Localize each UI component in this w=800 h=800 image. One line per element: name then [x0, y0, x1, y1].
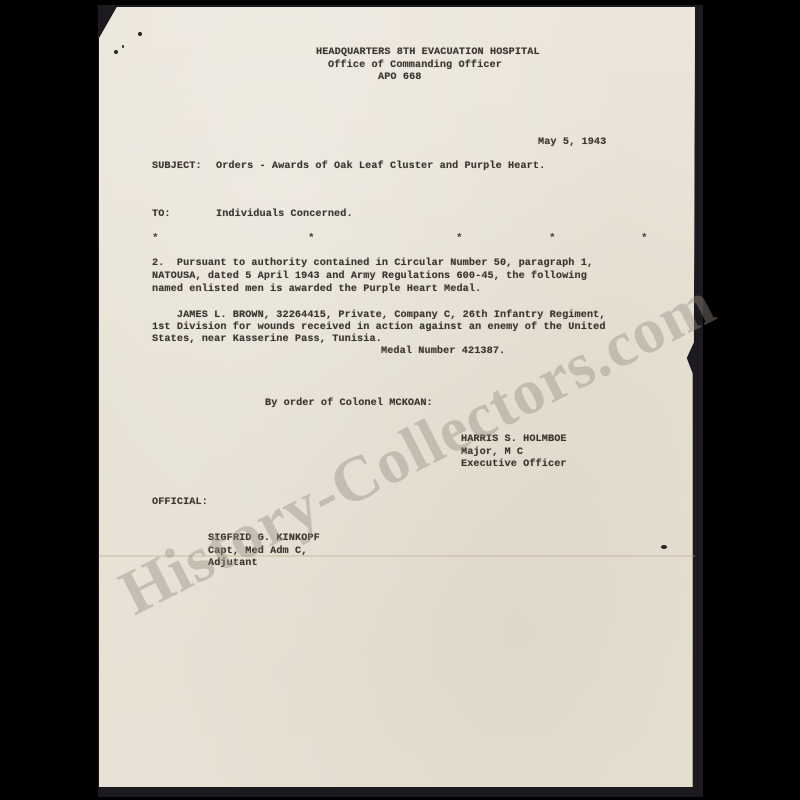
header-line-2: Office of Commanding Officer [328, 60, 502, 72]
star-separator: * [456, 233, 463, 245]
ink-spot [138, 32, 142, 36]
subject-text: Orders - Awards of Oak Leaf Cluster and … [216, 161, 545, 173]
citation-line: JAMES L. BROWN, 32264415, Private, Compa… [152, 310, 606, 322]
signatory-title: Executive Officer [461, 459, 567, 471]
citation-line: 1st Division for wounds received in acti… [152, 322, 606, 334]
document-paper [99, 7, 695, 787]
to-text: Individuals Concerned. [216, 209, 353, 221]
citation-line: States, near Kasserine Pass, Tunisia. [152, 334, 382, 346]
by-order-line: By order of Colonel MCKOAN: [265, 398, 433, 410]
subject-label: SUBJECT: [152, 161, 202, 173]
official-label: OFFICIAL: [152, 497, 208, 509]
ink-spot [661, 545, 667, 549]
header-line-1: HEADQUARTERS 8TH EVACUATION HOSPITAL [316, 47, 540, 59]
star-separator: * [641, 233, 648, 245]
star-separator: * [308, 233, 315, 245]
paragraph-line: named enlisted men is awarded the Purple… [152, 284, 481, 296]
paragraph-line: 2. Pursuant to authority contained in Ci… [152, 258, 593, 270]
star-separator: * [549, 233, 556, 245]
ink-spot [122, 45, 124, 48]
ink-spot [114, 50, 118, 54]
paragraph-line: NATOUSA, dated 5 April 1943 and Army Reg… [152, 271, 587, 283]
header-line-3: APO 668 [378, 72, 422, 84]
star-separator: * [152, 233, 159, 245]
to-label: TO: [152, 209, 171, 221]
medal-number: Medal Number 421387. [381, 346, 505, 358]
document-date: May 5, 1943 [538, 137, 606, 149]
